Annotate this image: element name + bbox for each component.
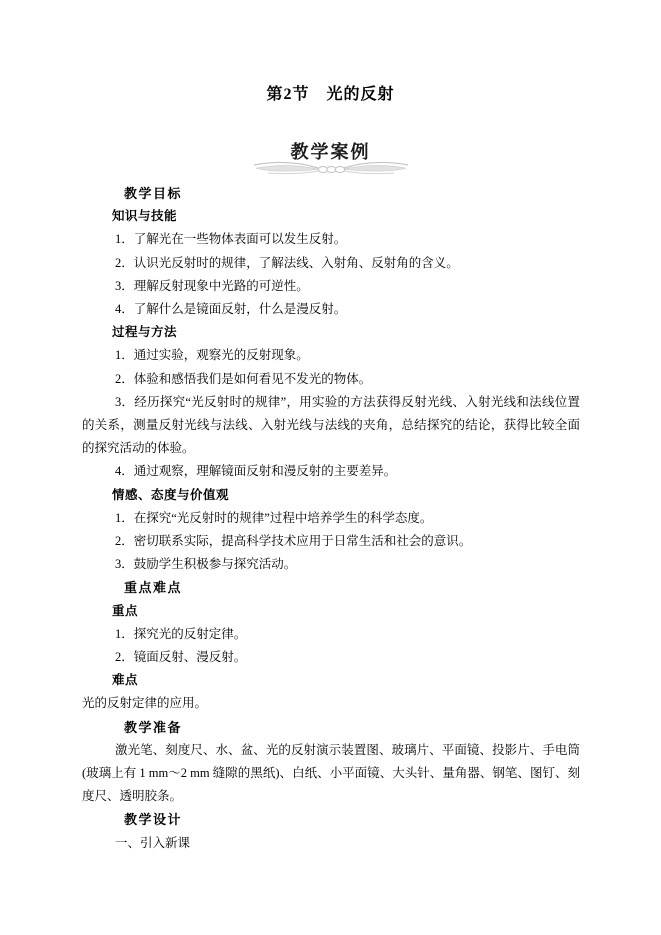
banner-title: 教学案例: [291, 142, 371, 162]
section-heading: 教学准备: [82, 716, 580, 739]
list-item: 一、引入新课: [82, 832, 580, 855]
sub-heading: 知识与技能: [82, 205, 580, 228]
list-item: 1．了解光在一些物体表面可以发生反射。: [82, 228, 580, 251]
list-item: 3．理解反射现象中光路的可逆性。: [82, 275, 580, 298]
section-heading: 教学目标: [82, 182, 580, 205]
sub-heading: 情感、态度与价值观: [82, 484, 580, 507]
list-item: 2．体验和感悟我们是如何看见不发光的物体。: [82, 368, 580, 391]
list-item: 2．镜面反射、漫反射。: [82, 646, 580, 669]
section-heading: 教学设计: [82, 808, 580, 831]
document-title: 第2节 光的反射: [0, 0, 661, 104]
list-item: 1．在探究“光反射时的规律”过程中培养学生的科学态度。: [82, 507, 580, 530]
section-heading: 重点难点: [82, 576, 580, 599]
list-item: 1．探究光的反射定律。: [82, 623, 580, 646]
banner: 教学案例: [0, 142, 661, 177]
list-item: 1．通过实验，观察光的反射现象。: [82, 344, 580, 367]
list-item: 激光笔、刻度尺、水、盆、光的反射演示装置图、玻璃片、平面镜、投影片、手电筒(玻璃…: [82, 739, 580, 809]
list-item: 4．了解什么是镜面反射，什么是漫反射。: [82, 298, 580, 321]
swirl-ornament-icon: [252, 160, 410, 177]
list-item: 3．经历探究“光反射时的规律”，用实验的方法获得反射光线、入射光线和法线位置的关…: [82, 391, 580, 461]
list-item: 3．鼓励学生积极参与探究活动。: [82, 553, 580, 576]
sub-heading: 难点: [82, 669, 580, 692]
list-item: 2．密切联系实际，提高科学技术应用于日常生活和社会的意识。: [82, 530, 580, 553]
sub-heading: 过程与方法: [82, 321, 580, 344]
document-page: 第2节 光的反射 教学案例 教学目标知识与技能1．了解光在一些物体表面可以发生反…: [0, 0, 661, 935]
sub-heading: 重点: [82, 600, 580, 623]
paragraph: 光的反射定律的应用。: [82, 692, 580, 715]
list-item: 4．通过观察，理解镜面反射和漫反射的主要差异。: [82, 460, 580, 483]
list-item: 2．认识光反射时的规律，了解法线、入射角、反射角的含义。: [82, 252, 580, 275]
document-body: 教学目标知识与技能1．了解光在一些物体表面可以发生反射。2．认识光反射时的规律，…: [0, 177, 661, 855]
